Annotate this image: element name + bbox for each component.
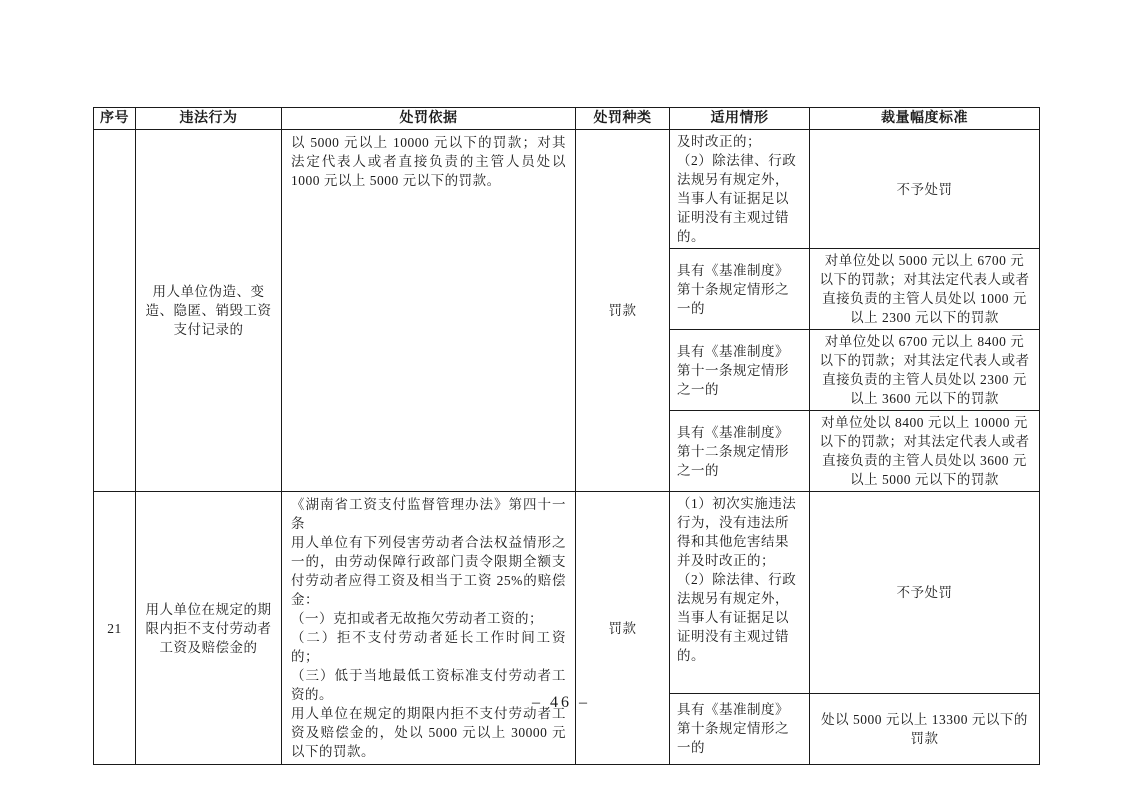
basis-cell: 《湖南省工资支付监督管理办法》第四十一条 用人单位有下列侵害劳动者合法权益情形之… xyxy=(282,492,576,765)
behavior-cell: 用人单位在规定的期限内拒不支付劳动者工资及赔偿金的 xyxy=(136,492,282,765)
situation-cell: （1）初次实施违法行为，没有违法所得和其他危害结果并及时改正的； （2）除法律、… xyxy=(670,492,810,694)
header-seq: 序号 xyxy=(94,108,136,130)
penalty-discretion-table: 序号 违法行为 处罚依据 处罚种类 适用情形 裁量幅度标准 用人单位伪造、变造、… xyxy=(93,107,1040,765)
penalty-type-cell: 罚款 xyxy=(576,130,670,492)
seq-cell: 21 xyxy=(94,492,136,765)
standard-cell: 对单位处以 8400 元以上 10000 元以下的罚款；对其法定代表人或者直接负… xyxy=(810,411,1040,492)
header-penalty-basis: 处罚依据 xyxy=(282,108,576,130)
situation-cell: 具有《基准制度》第十二条规定情形之一的 xyxy=(670,411,810,492)
standard-cell: 对单位处以 6700 元以上 8400 元以下的罚款；对其法定代表人或者直接负责… xyxy=(810,330,1040,411)
basis-cell: 以 5000 元以上 10000 元以下的罚款；对其法定代表人或者直接负责的主管… xyxy=(282,130,576,492)
seq-cell xyxy=(94,130,136,492)
situation-cell: 及时改正的； （2）除法律、行政法规另有规定外，当事人有证据足以证明没有主观过错… xyxy=(670,130,810,249)
penalty-type-cell: 罚款 xyxy=(576,492,670,765)
table-row: 21 用人单位在规定的期限内拒不支付劳动者工资及赔偿金的 《湖南省工资支付监督管… xyxy=(94,492,1040,694)
header-applicable-situation: 适用情形 xyxy=(670,108,810,130)
behavior-cell: 用人单位伪造、变造、隐匿、销毁工资支付记录的 xyxy=(136,130,282,492)
standard-cell: 不予处罚 xyxy=(810,492,1040,694)
header-illegal-behavior: 违法行为 xyxy=(136,108,282,130)
header-discretion-standard: 裁量幅度标准 xyxy=(810,108,1040,130)
situation-cell: 具有《基准制度》第十一条规定情形之一的 xyxy=(670,330,810,411)
header-penalty-type: 处罚种类 xyxy=(576,108,670,130)
table-row: 用人单位伪造、变造、隐匿、销毁工资支付记录的 以 5000 元以上 10000 … xyxy=(94,130,1040,249)
standard-cell: 对单位处以 5000 元以上 6700 元以下的罚款；对其法定代表人或者直接负责… xyxy=(810,249,1040,330)
situation-cell: 具有《基准制度》第十条规定情形之一的 xyxy=(670,249,810,330)
document-page: 序号 违法行为 处罚依据 处罚种类 适用情形 裁量幅度标准 用人单位伪造、变造、… xyxy=(0,0,1122,793)
table-header-row: 序号 违法行为 处罚依据 处罚种类 适用情形 裁量幅度标准 xyxy=(94,108,1040,130)
page-number: – 46 – xyxy=(0,694,1122,712)
standard-cell: 不予处罚 xyxy=(810,130,1040,249)
